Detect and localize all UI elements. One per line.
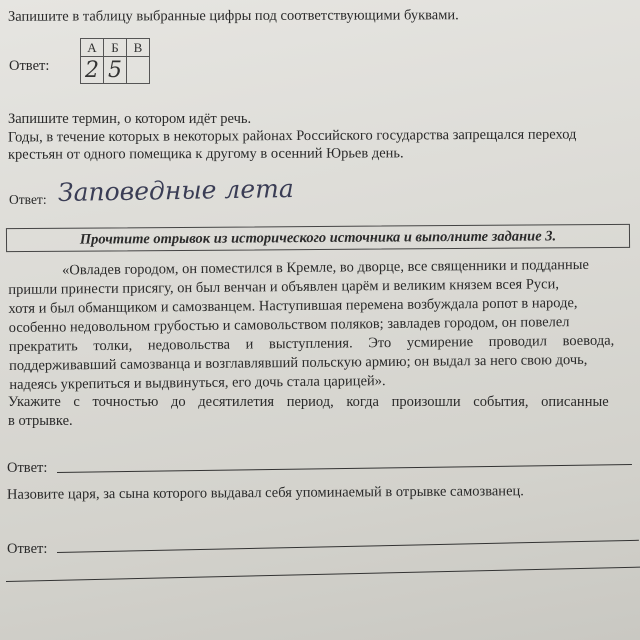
task2-answer-label: Ответ: (9, 190, 47, 209)
task3b-question: Назовите царя, за сына которого выдавал … (7, 482, 524, 505)
table-header-b: Б (104, 39, 127, 57)
table-header-a: А (81, 39, 104, 57)
task1-instruction: Запишите в таблицу выбранные цифры под с… (8, 6, 459, 27)
table-cell-a[interactable]: 2 (81, 57, 104, 84)
task2-instruction: Запишите термин, о котором идёт речь. (8, 110, 251, 129)
task2-handwritten-answer[interactable]: Заповедные лета (58, 174, 294, 207)
task3b-answer-line[interactable] (57, 540, 639, 553)
table-header-v: В (127, 39, 150, 57)
task3b-answer-label: Ответ: (7, 540, 47, 559)
task1-answer-label: Ответ: (9, 57, 49, 76)
table-cell-v[interactable] (127, 57, 150, 84)
table-cell-b[interactable]: 5 (104, 57, 127, 84)
source-heading-box: Прочтите отрывок из исторического источн… (6, 224, 630, 252)
task3a-question-line1: Укажите с точностью до десятилетия перио… (8, 393, 609, 412)
task2-question-line2: крестьян от одного помещика к другому в … (8, 144, 404, 164)
task3a-answer-label: Ответ: (7, 459, 47, 478)
task3a-question-line2: в отрывке. (8, 412, 73, 431)
task3b-answer-line-2[interactable] (6, 567, 640, 582)
source-heading: Прочтите отрывок из исторического источн… (7, 225, 629, 251)
task3a-answer-line[interactable] (57, 464, 632, 473)
answer-table: А Б В 2 5 (80, 38, 150, 84)
source-excerpt: «Овладев городом, он поместился в Кремле… (8, 256, 629, 395)
